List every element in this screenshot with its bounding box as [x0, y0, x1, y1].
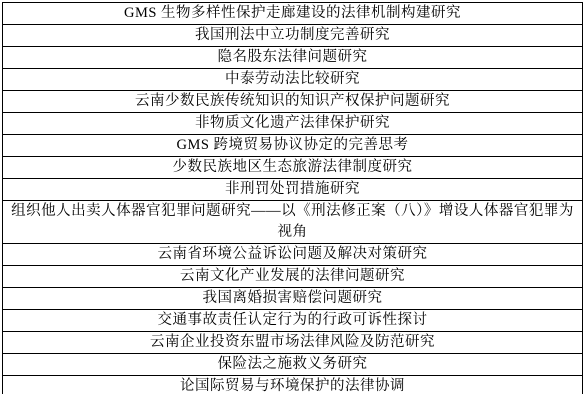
- research-title-cell: 中泰劳动法比较研究: [3, 69, 583, 91]
- table-row: 交通事故责任认定行为的行政可诉性探讨: [3, 310, 583, 332]
- research-titles-table: GMS 生物多样性保护走廊建设的法律机制构建研究我国刑法中立功制度完善研究隐名股…: [2, 2, 583, 394]
- table-row: 云南少数民族传统知识的知识产权保护问题研究: [3, 91, 583, 113]
- research-title-cell: 我国离婚损害赔偿问题研究: [3, 288, 583, 310]
- research-title-cell: 云南文化产业发展的法律问题研究: [3, 266, 583, 288]
- research-title-cell: 少数民族地区生态旅游法律制度研究: [3, 157, 583, 179]
- research-title-cell: 云南企业投资东盟市场法律风险及防范研究: [3, 332, 583, 354]
- research-title-cell: 隐名股东法律问题研究: [3, 47, 583, 69]
- research-title-cell: 我国刑法中立功制度完善研究: [3, 25, 583, 47]
- table-row: 少数民族地区生态旅游法律制度研究: [3, 157, 583, 179]
- table-row: 非刑罚处罚措施研究: [3, 179, 583, 201]
- table-row: 组织他人出卖人体器官犯罪问题研究——以《刑法修正案（八）》增设人体器官犯罪为视角: [3, 201, 583, 244]
- research-title-cell: 非刑罚处罚措施研究: [3, 179, 583, 201]
- table-row: 中泰劳动法比较研究: [3, 69, 583, 91]
- research-title-cell: 论国际贸易与环境保护的法律协调: [3, 376, 583, 394]
- table-row: GMS 跨境贸易协议协定的完善思考: [3, 135, 583, 157]
- table-row: 论国际贸易与环境保护的法律协调: [3, 376, 583, 394]
- table-row: 云南文化产业发展的法律问题研究: [3, 266, 583, 288]
- table-row: 隐名股东法律问题研究: [3, 47, 583, 69]
- table-row: 保险法之施救义务研究: [3, 354, 583, 376]
- table-row: 我国离婚损害赔偿问题研究: [3, 288, 583, 310]
- table-row: GMS 生物多样性保护走廊建设的法律机制构建研究: [3, 3, 583, 25]
- research-title-cell: 交通事故责任认定行为的行政可诉性探讨: [3, 310, 583, 332]
- table-row: 非物质文化遗产法律保护研究: [3, 113, 583, 135]
- research-title-cell: 保险法之施救义务研究: [3, 354, 583, 376]
- research-title-cell: GMS 跨境贸易协议协定的完善思考: [3, 135, 583, 157]
- research-title-cell: 云南少数民族传统知识的知识产权保护问题研究: [3, 91, 583, 113]
- research-title-cell: GMS 生物多样性保护走廊建设的法律机制构建研究: [3, 3, 583, 25]
- table-row: 云南省环境公益诉讼问题及解决对策研究: [3, 244, 583, 266]
- research-title-cell: 云南省环境公益诉讼问题及解决对策研究: [3, 244, 583, 266]
- table-row: 我国刑法中立功制度完善研究: [3, 25, 583, 47]
- research-title-cell: 非物质文化遗产法律保护研究: [3, 113, 583, 135]
- research-title-cell: 组织他人出卖人体器官犯罪问题研究——以《刑法修正案（八）》增设人体器官犯罪为视角: [3, 201, 583, 244]
- table-row: 云南企业投资东盟市场法律风险及防范研究: [3, 332, 583, 354]
